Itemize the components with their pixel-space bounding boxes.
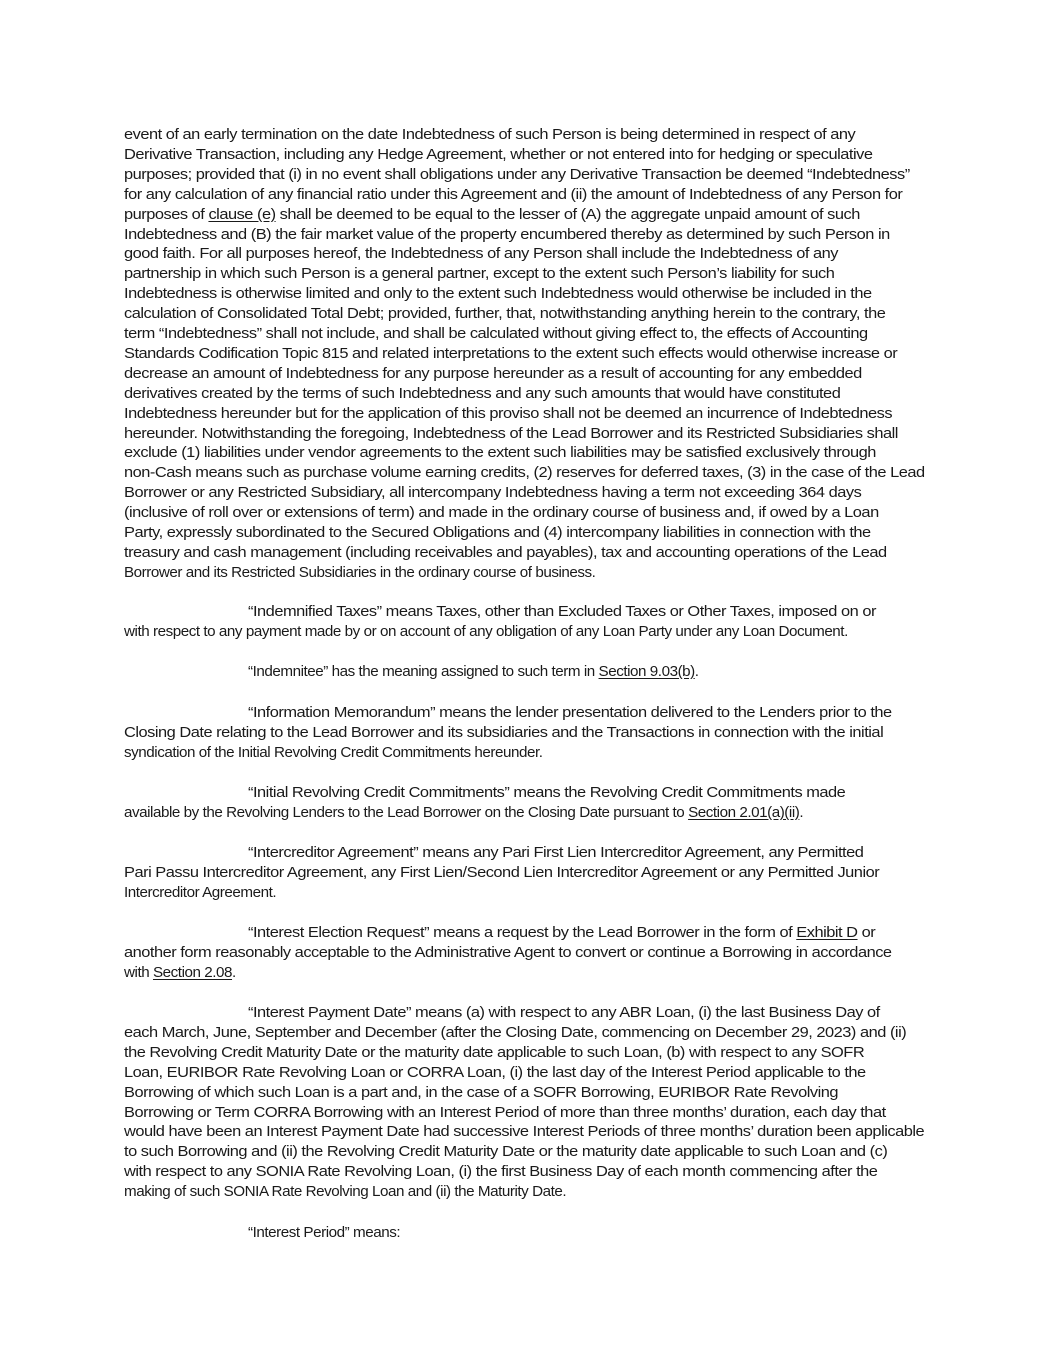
text-run: term “Indebtedness” shall not include, a… <box>124 325 868 342</box>
text-line: non-Cash means such as purchase volume e… <box>124 463 925 483</box>
text-line: Closing Date relating to the Lead Borrow… <box>124 723 883 743</box>
text-run: “Information Memorandum” means the lende… <box>248 704 892 721</box>
text-line: term “Indebtedness” shall not include, a… <box>124 324 868 344</box>
text-line: would have been an Interest Payment Date… <box>124 1122 924 1142</box>
text-run: or <box>858 924 876 941</box>
text-run: Borrowing or Term CORRA Borrowing with a… <box>124 1104 886 1121</box>
text-line: Loan, EURIBOR Rate Revolving Loan or COR… <box>124 1063 866 1083</box>
text-line: making of such SONIA Rate Revolving Loan… <box>124 1182 566 1202</box>
text-run: . <box>695 663 699 680</box>
text-line: event of an early termination on the dat… <box>124 125 855 145</box>
text-run: purposes; provided that (i) in no event … <box>124 166 910 183</box>
text-run: exclude (1) liabilities under vendor agr… <box>124 444 876 461</box>
text-line: “Interest Payment Date” means (a) with r… <box>248 1003 880 1023</box>
text-run: Standards Codification Topic 815 and rel… <box>124 345 897 362</box>
text-run: available by the Revolving Lenders to th… <box>124 804 688 821</box>
text-run: “Intercreditor Agreement” means any Pari… <box>248 844 863 861</box>
text-run: “Indemnitee” has the meaning assigned to… <box>248 663 599 680</box>
text-run: Indebtedness is otherwise limited and on… <box>124 285 872 302</box>
text-run: decrease an amount of Indebtedness for a… <box>124 365 862 382</box>
text-run: to such Borrowing and (ii) the Revolving… <box>124 1143 887 1160</box>
text-line: purposes of clause (e) shall be deemed t… <box>124 205 860 225</box>
text-line: each March, June, September and December… <box>124 1023 906 1043</box>
text-run: with <box>124 964 153 981</box>
text-run: “Initial Revolving Credit Commitments” m… <box>248 784 845 801</box>
text-run: purposes of <box>124 206 208 223</box>
text-line: derivatives created by the terms of such… <box>124 384 840 404</box>
text-line: decrease an amount of Indebtedness for a… <box>124 364 862 384</box>
text-line: treasury and cash management (including … <box>124 543 887 563</box>
text-run: Borrower or any Restricted Subsidiary, a… <box>124 484 861 501</box>
text-line: to such Borrowing and (ii) the Revolving… <box>124 1142 887 1162</box>
text-run: partnership in which such Person is a ge… <box>124 265 834 282</box>
text-line: Indebtedness is otherwise limited and on… <box>124 284 872 304</box>
text-run: Borrower and its Restricted Subsidiaries… <box>124 564 595 581</box>
cross-reference-link[interactable]: Section 9.03(b) <box>599 663 695 680</box>
text-run: syndication of the Initial Revolving Cre… <box>124 744 543 761</box>
text-line: “Information Memorandum” means the lende… <box>248 703 892 723</box>
text-run: each March, June, September and December… <box>124 1024 906 1041</box>
text-line: for any calculation of any financial rat… <box>124 185 902 205</box>
text-line: Borrower or any Restricted Subsidiary, a… <box>124 483 861 503</box>
text-run: . <box>232 964 236 981</box>
text-run: Pari Passu Intercreditor Agreement, any … <box>124 864 879 881</box>
text-run: good faith. For all purposes hereof, the… <box>124 245 838 262</box>
text-line: available by the Revolving Lenders to th… <box>124 803 803 823</box>
text-line: “Interest Period” means: <box>248 1223 400 1243</box>
text-line: “Initial Revolving Credit Commitments” m… <box>248 783 845 803</box>
text-run: Intercreditor Agreement. <box>124 884 276 901</box>
text-run: Derivative Transaction, including any He… <box>124 146 872 163</box>
document-page: event of an early termination on the dat… <box>0 0 1055 1365</box>
text-run: making of such SONIA Rate Revolving Loan… <box>124 1183 566 1200</box>
text-run: would have been an Interest Payment Date… <box>124 1123 924 1140</box>
text-run: with respect to any payment made by or o… <box>124 623 848 640</box>
text-run: shall be deemed to be equal to the lesse… <box>276 206 860 223</box>
text-line: exclude (1) liabilities under vendor agr… <box>124 443 876 463</box>
text-line: “Interest Election Request” means a requ… <box>248 923 875 943</box>
cross-reference-link[interactable]: clause (e) <box>208 206 275 223</box>
text-run: hereunder. Notwithstanding the foregoing… <box>124 425 898 442</box>
text-line: syndication of the Initial Revolving Cre… <box>124 743 543 763</box>
text-line: with respect to any payment made by or o… <box>124 622 848 642</box>
text-line: purposes; provided that (i) in no event … <box>124 165 910 185</box>
text-run: “Indemnified Taxes” means Taxes, other t… <box>248 603 876 620</box>
text-run: calculation of Consolidated Total Debt; … <box>124 305 885 322</box>
text-run: with respect to any SONIA Rate Revolving… <box>124 1163 877 1180</box>
text-line: with respect to any SONIA Rate Revolving… <box>124 1162 877 1182</box>
text-line: Party, expressly subordinated to the Sec… <box>124 523 871 543</box>
text-run: “Interest Election Request” means a requ… <box>248 924 796 941</box>
text-run: treasury and cash management (including … <box>124 544 887 561</box>
text-line: another form reasonably acceptable to th… <box>124 943 892 963</box>
text-line: Pari Passu Intercreditor Agreement, any … <box>124 863 879 883</box>
cross-reference-link[interactable]: Exhibit D <box>796 924 857 941</box>
text-line: partnership in which such Person is a ge… <box>124 264 834 284</box>
text-line: Borrower and its Restricted Subsidiaries… <box>124 563 595 583</box>
text-run: the Revolving Credit Maturity Date or th… <box>124 1044 864 1061</box>
text-run: Borrowing of which such Loan is a part a… <box>124 1084 838 1101</box>
text-run: (inclusive of roll over or extensions of… <box>124 504 879 521</box>
text-line: calculation of Consolidated Total Debt; … <box>124 304 885 324</box>
text-line: “Intercreditor Agreement” means any Pari… <box>248 843 863 863</box>
text-line: hereunder. Notwithstanding the foregoing… <box>124 424 898 444</box>
text-line: Borrowing of which such Loan is a part a… <box>124 1083 838 1103</box>
text-run: Loan, EURIBOR Rate Revolving Loan or COR… <box>124 1064 866 1081</box>
text-run: Indebtedness and (B) the fair market val… <box>124 226 890 243</box>
text-line: “Indemnified Taxes” means Taxes, other t… <box>248 602 876 622</box>
text-line: with Section 2.08. <box>124 963 236 983</box>
text-line: (inclusive of roll over or extensions of… <box>124 503 879 523</box>
text-run: “Interest Period” means: <box>248 1224 400 1241</box>
cross-reference-link[interactable]: Section 2.08 <box>153 964 232 981</box>
text-run: non-Cash means such as purchase volume e… <box>124 464 925 481</box>
text-line: good faith. For all purposes hereof, the… <box>124 244 838 264</box>
text-run: Closing Date relating to the Lead Borrow… <box>124 724 883 741</box>
text-run: derivatives created by the terms of such… <box>124 385 840 402</box>
text-line: Indebtedness and (B) the fair market val… <box>124 225 890 245</box>
text-line: Borrowing or Term CORRA Borrowing with a… <box>124 1103 886 1123</box>
text-line: Derivative Transaction, including any He… <box>124 145 872 165</box>
text-run: another form reasonably acceptable to th… <box>124 944 892 961</box>
text-run: Indebtedness hereunder but for the appli… <box>124 405 892 422</box>
text-line: “Indemnitee” has the meaning assigned to… <box>248 662 699 682</box>
text-run: event of an early termination on the dat… <box>124 126 855 143</box>
text-line: the Revolving Credit Maturity Date or th… <box>124 1043 864 1063</box>
text-run: “Interest Payment Date” means (a) with r… <box>248 1004 880 1021</box>
text-line: Standards Codification Topic 815 and rel… <box>124 344 897 364</box>
cross-reference-link[interactable]: Section 2.01(a)(ii) <box>688 804 799 821</box>
text-run: for any calculation of any financial rat… <box>124 186 902 203</box>
text-run: Party, expressly subordinated to the Sec… <box>124 524 871 541</box>
text-run: . <box>799 804 803 821</box>
text-line: Intercreditor Agreement. <box>124 883 276 903</box>
text-line: Indebtedness hereunder but for the appli… <box>124 404 892 424</box>
